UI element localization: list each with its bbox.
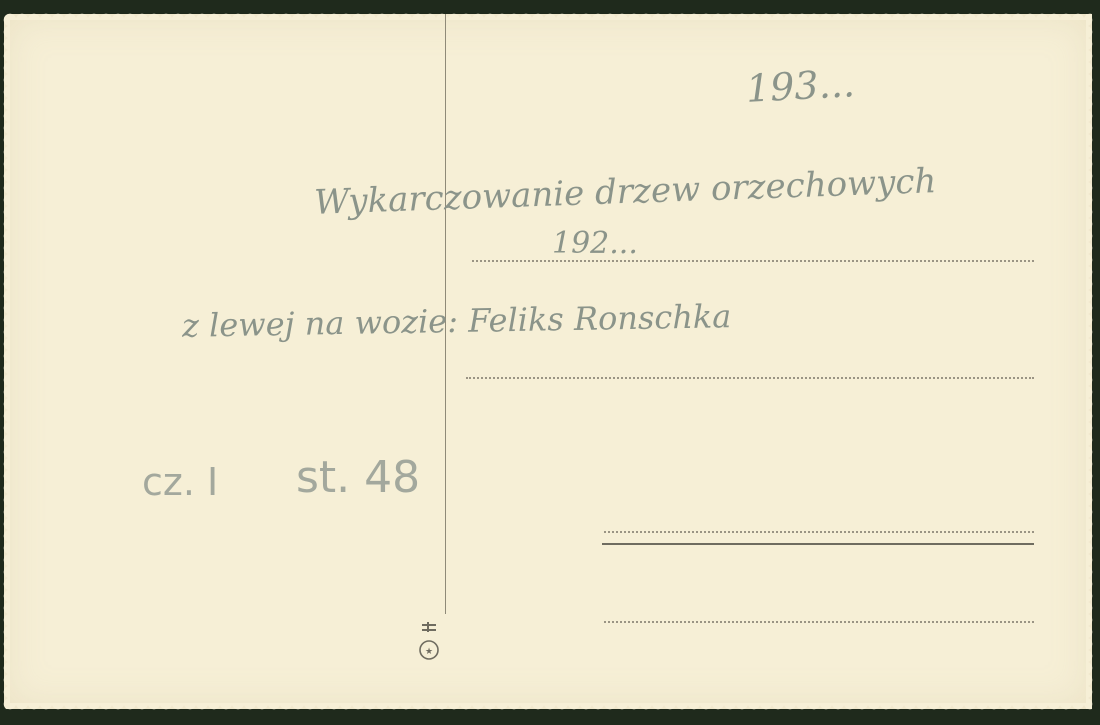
deckled-edge-right: [1086, 14, 1098, 709]
handwritten-caption-title: Wykarczowanie drzew orzechowych: [313, 161, 936, 223]
publisher-logo-icon: ★: [414, 622, 444, 667]
handwritten-number-top: 193...: [745, 61, 856, 111]
postcard-back: 193... Wykarczowanie drzew orzechowych 1…: [4, 14, 1092, 709]
deckled-edge-left: [0, 14, 10, 709]
handwritten-caption-year: 192...: [552, 226, 638, 261]
address-underline: [602, 543, 1034, 545]
deckled-edge-bottom: [4, 703, 1092, 715]
address-line-2: [466, 377, 1034, 379]
svg-text:★: ★: [425, 647, 433, 657]
deckled-edge-top: [4, 8, 1092, 20]
archive-reference-page: st. 48: [296, 452, 420, 503]
archive-reference-part: cz. I: [142, 460, 218, 504]
handwritten-caption-names: z lewej na wozie: Feliks Ronschka: [182, 297, 732, 345]
address-line-3: [604, 531, 1034, 533]
address-line-4: [604, 621, 1034, 623]
